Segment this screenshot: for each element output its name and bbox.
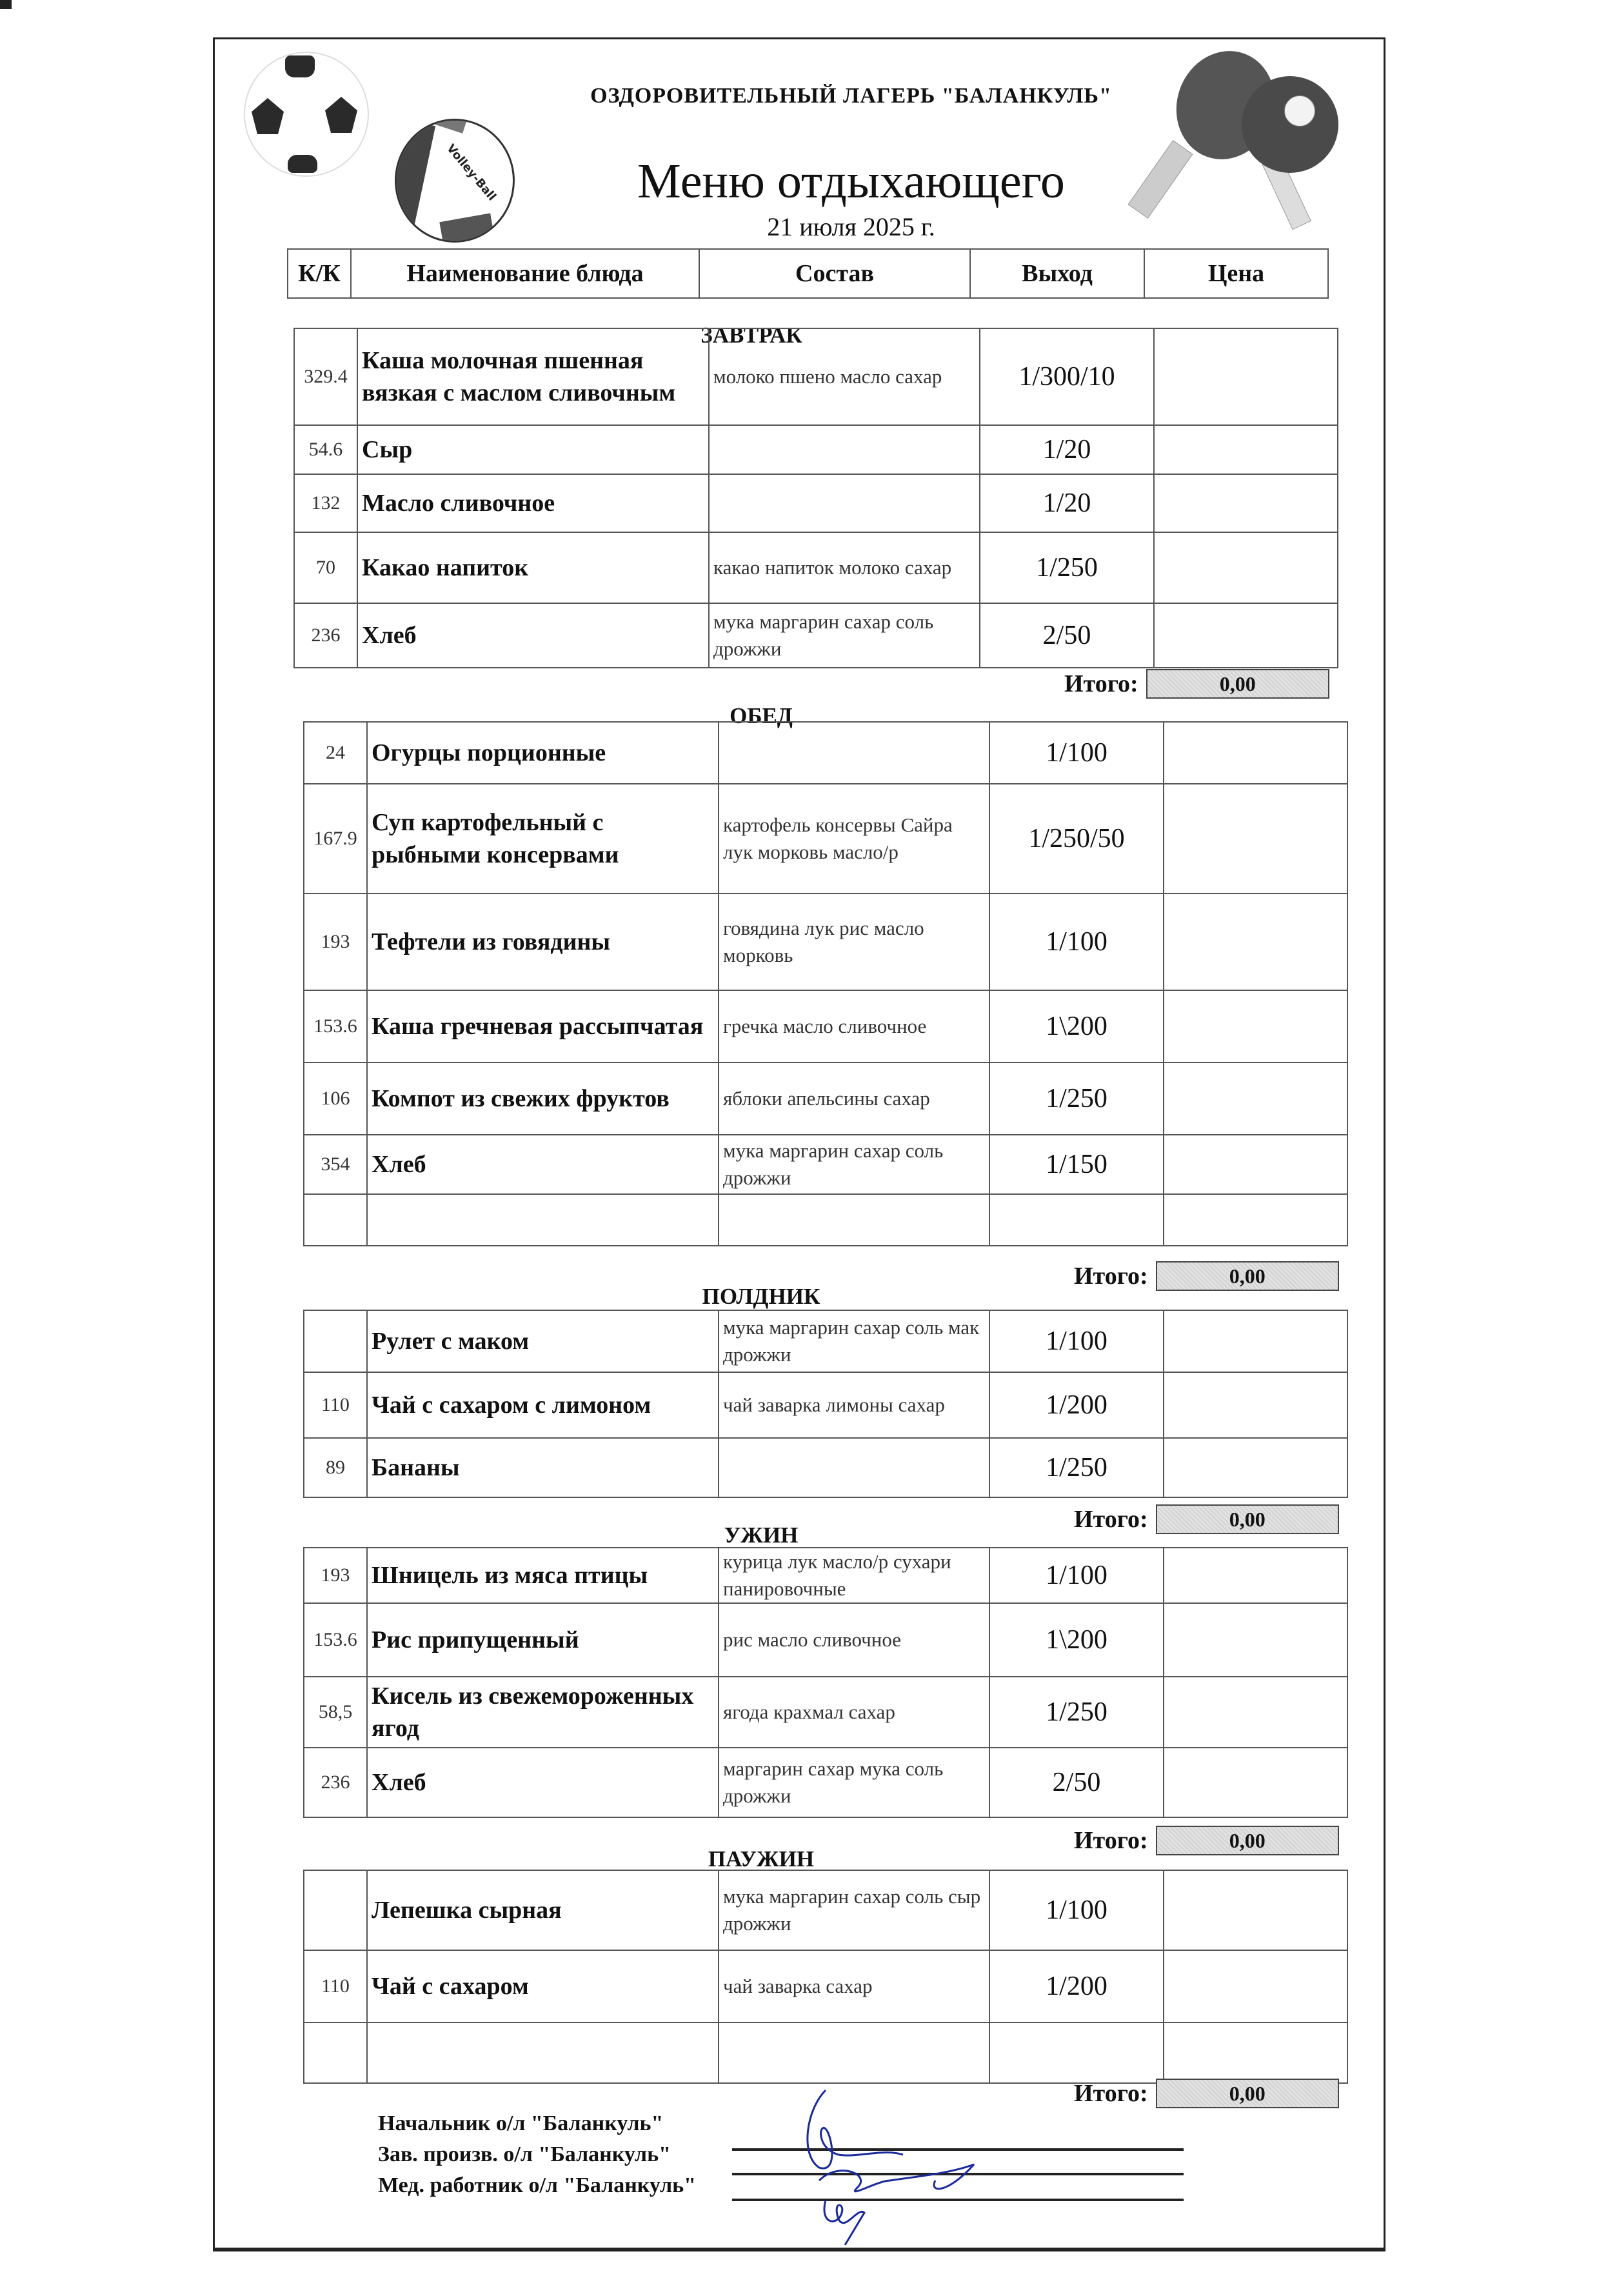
dish-name: Чай с сахаром с лимоном xyxy=(367,1372,719,1438)
dish-price xyxy=(1164,990,1347,1063)
dish-output: 1\200 xyxy=(989,1603,1164,1677)
table-row: 193Тефтели из говядиныговядина лук рис м… xyxy=(304,893,1347,990)
dish-name: Какао напиток xyxy=(357,532,709,603)
dish-name: Хлеб xyxy=(357,603,709,668)
section-title: ПОЛДНИК xyxy=(568,1284,955,1310)
total-value: 0,00 xyxy=(1156,1504,1339,1534)
table-row: 70Какао напитоккакао напиток молоко саха… xyxy=(294,532,1338,603)
signature-block: Начальник о/л "Баланкуль" Зав. произв. о… xyxy=(378,2108,696,2201)
table-row: 89Бананы1/250 xyxy=(304,1438,1347,1497)
dish-output: 1/300/10 xyxy=(980,328,1154,425)
dish-code xyxy=(304,1870,367,1950)
section-total: Итого: 0,00 xyxy=(1074,1504,1339,1534)
dish-output xyxy=(989,1194,1164,1246)
total-label: Итого: xyxy=(1074,1505,1148,1533)
dish-name: Чай с сахаром xyxy=(367,1950,719,2022)
table-row: Рулет с макоммука маргарин сахар соль ма… xyxy=(304,1310,1347,1372)
dish-composition xyxy=(719,722,989,784)
dish-code: 236 xyxy=(294,603,357,668)
section-title: УЖИН xyxy=(568,1522,955,1548)
dish-code: 110 xyxy=(304,1372,367,1438)
total-value: 0,00 xyxy=(1146,669,1329,699)
total-label: Итого: xyxy=(1074,2079,1148,2108)
dish-price xyxy=(1154,532,1338,603)
dish-composition: мука маргарин сахар соль мак дрожжи xyxy=(719,1310,989,1372)
dish-price xyxy=(1164,893,1347,990)
total-value: 0,00 xyxy=(1156,1826,1339,1855)
dish-output: 2/50 xyxy=(989,1748,1164,1817)
dish-output: 1/200 xyxy=(989,1372,1164,1438)
dish-name: Тефтели из говядины xyxy=(367,893,719,990)
dish-output: 1/100 xyxy=(989,1548,1164,1603)
dish-name: Рис припущенный xyxy=(367,1603,719,1677)
menu-section-table: 24Огурцы порционные1/100167.9Суп картофе… xyxy=(303,721,1348,1246)
dish-code: 236 xyxy=(304,1748,367,1817)
dish-composition: чай заварка сахар xyxy=(719,1950,989,2022)
dish-code: 89 xyxy=(304,1438,367,1497)
dish-output: 1/250 xyxy=(989,1438,1164,1497)
signature-role-head: Начальник о/л "Баланкуль" xyxy=(378,2108,696,2139)
total-label: Итого: xyxy=(1064,670,1138,698)
dish-price xyxy=(1164,1950,1347,2022)
dish-code: 58,5 xyxy=(304,1677,367,1748)
dish-output: 1/250/50 xyxy=(989,784,1164,893)
dish-price xyxy=(1154,328,1338,425)
table-row xyxy=(304,1194,1347,1246)
total-value: 0,00 xyxy=(1156,1261,1339,1291)
dish-code xyxy=(304,2022,367,2083)
signature-role-production: Зав. произв. о/л "Баланкуль" xyxy=(378,2139,696,2170)
dish-code: 54.6 xyxy=(294,425,357,474)
dish-name: Компот из свежих фруктов xyxy=(367,1063,719,1135)
dish-price xyxy=(1154,425,1338,474)
table-row: 354Хлебмука маргарин сахар соль дрожжи1/… xyxy=(304,1135,1347,1194)
menu-date: 21 июля 2025 г. xyxy=(0,212,1599,242)
dish-output: 1/20 xyxy=(980,474,1154,532)
dish-composition: говядина лук рис масло морковь xyxy=(719,893,989,990)
dish-name: Суп картофельный с рыбными консервами xyxy=(367,784,719,893)
dish-composition: ягода крахмал сахар xyxy=(719,1677,989,1748)
dish-code: 106 xyxy=(304,1063,367,1135)
dish-output: 1/20 xyxy=(980,425,1154,474)
table-row: 58,5Кисель из свежемороженных ягодягода … xyxy=(304,1677,1347,1748)
dish-price xyxy=(1164,1438,1347,1497)
table-row: 236Хлебмаргарин сахар мука соль дрожжи2/… xyxy=(304,1748,1347,1817)
dish-composition: какао напиток молоко сахар xyxy=(709,532,980,603)
table-row: 24Огурцы порционные1/100 xyxy=(304,722,1347,784)
dish-output: 1/100 xyxy=(989,893,1164,990)
dish-composition: мука маргарин сахар соль дрожжи xyxy=(719,1135,989,1194)
dish-code: 110 xyxy=(304,1950,367,2022)
dish-price xyxy=(1164,1194,1347,1246)
signature-role-medic: Мед. работник о/л "Баланкуль" xyxy=(378,2170,696,2201)
dish-composition: курица лук масло/р сухари панировочные xyxy=(719,1548,989,1603)
column-header-kk: К/К xyxy=(288,249,351,298)
table-row: 167.9Суп картофельный с рыбными консерва… xyxy=(304,784,1347,893)
dish-output: 1/250 xyxy=(980,532,1154,603)
dish-code: 193 xyxy=(304,1548,367,1603)
dish-output: 1/100 xyxy=(989,722,1164,784)
dish-name: Каша гречневая рассыпчатая xyxy=(367,990,719,1063)
dish-output xyxy=(989,2022,1164,2083)
camp-name: ОЗДОРОВИТЕЛЬНЫЙ ЛАГЕРЬ "БАЛАНКУЛЬ" xyxy=(0,84,1599,108)
dish-name: Бананы xyxy=(367,1438,719,1497)
table-row: 153.6Рис припущенныйрис масло сливочное1… xyxy=(304,1603,1347,1677)
dish-code: 329.4 xyxy=(294,328,357,425)
dish-price xyxy=(1164,1603,1347,1677)
dish-price xyxy=(1154,603,1338,668)
table-row: 193Шницель из мяса птицыкурица лук масло… xyxy=(304,1548,1347,1603)
dish-price xyxy=(1154,474,1338,532)
dish-output: 1/100 xyxy=(989,1870,1164,1950)
section-total: Итого: 0,00 xyxy=(1074,1826,1339,1855)
section-total: Итого: 0,00 xyxy=(1074,2079,1339,2108)
dish-price xyxy=(1164,1748,1347,1817)
table-row: Лепешка сырнаямука маргарин сахар соль с… xyxy=(304,1870,1347,1950)
dish-output: 1/100 xyxy=(989,1310,1164,1372)
table-row: 54.6Сыр1/20 xyxy=(294,425,1338,474)
dish-price xyxy=(1164,1135,1347,1194)
column-header-price: Цена xyxy=(1144,249,1328,298)
dish-output: 1/150 xyxy=(989,1135,1164,1194)
dish-composition xyxy=(719,2022,989,2083)
dish-composition: яблоки апельсины сахар xyxy=(719,1063,989,1135)
dish-code: 354 xyxy=(304,1135,367,1194)
section-total: Итого: 0,00 xyxy=(1064,669,1329,699)
dish-composition: чай заварка лимоны сахар xyxy=(719,1372,989,1438)
dish-name: Лепешка сырная xyxy=(367,1870,719,1950)
dish-composition: гречка масло сливочное xyxy=(719,990,989,1063)
table-row: 236Хлебмука маргарин сахар соль дрожжи2/… xyxy=(294,603,1338,668)
dish-output: 1\200 xyxy=(989,990,1164,1063)
dish-price xyxy=(1164,1870,1347,1950)
dish-composition: мука маргарин сахар соль дрожжи xyxy=(709,603,980,668)
dish-code: 153.6 xyxy=(304,1603,367,1677)
dish-composition: маргарин сахар мука соль дрожжи xyxy=(719,1748,989,1817)
table-row: 110Чай с сахаромчай заварка сахар1/200 xyxy=(304,1950,1347,2022)
column-header-output: Выход xyxy=(970,249,1144,298)
dish-composition: рис масло сливочное xyxy=(719,1603,989,1677)
dish-composition: молоко пшено масло сахар xyxy=(709,328,980,425)
dish-code: 153.6 xyxy=(304,990,367,1063)
dish-name: Рулет с маком xyxy=(367,1310,719,1372)
total-label: Итого: xyxy=(1074,1826,1148,1855)
dish-name: Хлеб xyxy=(367,1135,719,1194)
total-label: Итого: xyxy=(1074,1262,1148,1290)
dish-name: Сыр xyxy=(357,425,709,474)
column-header-table: К/К Наименование блюда Состав Выход Цена xyxy=(287,248,1329,299)
dish-composition: картофель консервы Сайра лук морковь мас… xyxy=(719,784,989,893)
dish-composition xyxy=(709,425,980,474)
table-row: 110Чай с сахаром с лимономчай заварка ли… xyxy=(304,1372,1347,1438)
dish-price xyxy=(1164,1677,1347,1748)
dish-code xyxy=(304,1310,367,1372)
scan-edge-mark xyxy=(0,0,12,9)
dish-name: Шницель из мяса птицы xyxy=(367,1548,719,1603)
dish-name: Огурцы порционные xyxy=(367,722,719,784)
dish-price xyxy=(1164,1310,1347,1372)
table-row: 329.4Каша молочная пшенная вязкая с масл… xyxy=(294,328,1338,425)
dish-price xyxy=(1164,1372,1347,1438)
dish-code: 132 xyxy=(294,474,357,532)
section-title: ПАУЖИН xyxy=(568,1846,955,1872)
dish-output: 1/250 xyxy=(989,1677,1164,1748)
table-row xyxy=(304,2022,1347,2083)
dish-price xyxy=(1164,1548,1347,1603)
dish-name: Кисель из свежемороженных ягод xyxy=(367,1677,719,1748)
dish-composition xyxy=(719,1438,989,1497)
dish-output: 2/50 xyxy=(980,603,1154,668)
dish-code: 70 xyxy=(294,532,357,603)
dish-price xyxy=(1164,2022,1347,2083)
dish-code: 167.9 xyxy=(304,784,367,893)
table-row: 132Масло сливочное1/20 xyxy=(294,474,1338,532)
page-title: Меню отдыхающего xyxy=(0,154,1599,210)
table-row: 106Компот из свежих фруктовяблоки апельс… xyxy=(304,1063,1347,1135)
dish-name: Хлеб xyxy=(367,1748,719,1817)
dish-name xyxy=(367,1194,719,1246)
column-header-composition: Состав xyxy=(699,249,970,298)
dish-price xyxy=(1164,784,1347,893)
dish-name xyxy=(367,2022,719,2083)
dish-code xyxy=(304,1194,367,1246)
dish-code: 24 xyxy=(304,722,367,784)
column-header-name: Наименование блюда xyxy=(351,249,699,298)
dish-output: 1/200 xyxy=(989,1950,1164,2022)
dish-name: Каша молочная пшенная вязкая с маслом сл… xyxy=(357,328,709,425)
handwritten-signature xyxy=(780,2084,1013,2251)
dish-composition xyxy=(709,474,980,532)
menu-section-table: 329.4Каша молочная пшенная вязкая с масл… xyxy=(293,328,1338,668)
table-row: 153.6Каша гречневая рассыпчатаягречка ма… xyxy=(304,990,1347,1063)
dish-output: 1/250 xyxy=(989,1063,1164,1135)
dish-name: Масло сливочное xyxy=(357,474,709,532)
dish-code: 193 xyxy=(304,893,367,990)
dish-composition xyxy=(719,1194,989,1246)
dish-composition: мука маргарин сахар соль сыр дрожжи xyxy=(719,1870,989,1950)
menu-section-table: Лепешка сырнаямука маргарин сахар соль с… xyxy=(303,1870,1348,2084)
section-total: Итого: 0,00 xyxy=(1074,1261,1339,1291)
total-value: 0,00 xyxy=(1156,2079,1339,2108)
dish-price xyxy=(1164,722,1347,784)
dish-price xyxy=(1164,1063,1347,1135)
menu-section-table: 193Шницель из мяса птицыкурица лук масло… xyxy=(303,1547,1348,1818)
menu-section-table: Рулет с макоммука маргарин сахар соль ма… xyxy=(303,1310,1348,1498)
